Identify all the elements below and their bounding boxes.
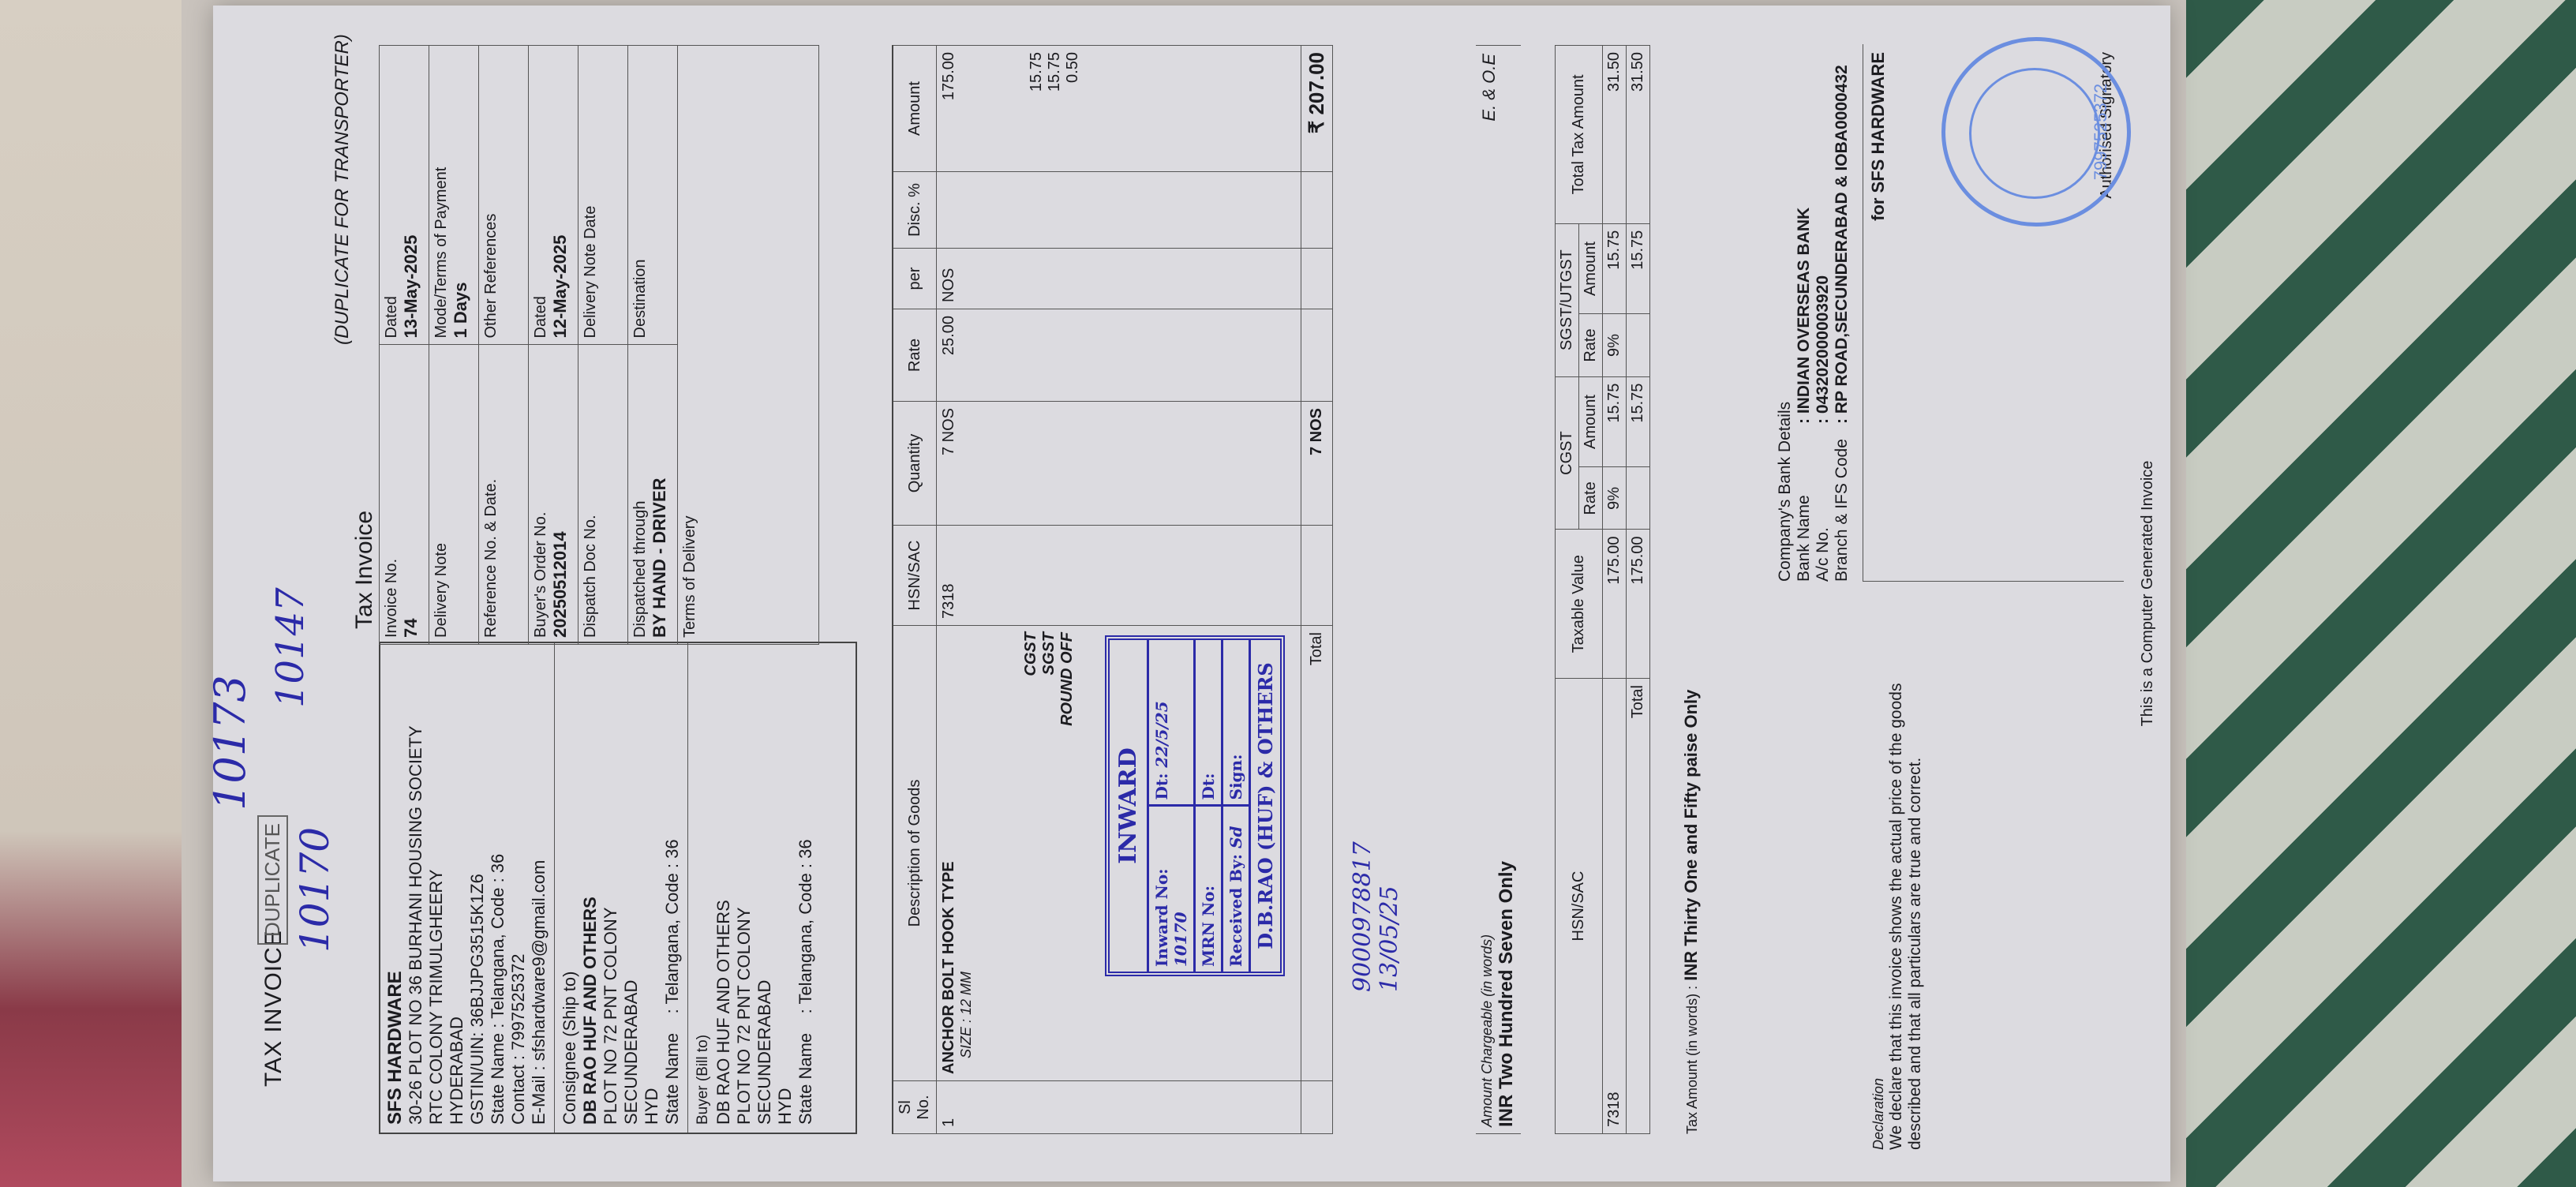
- background-right-fabric: [2186, 0, 2576, 1187]
- item-amount: 175.00: [940, 52, 958, 165]
- inward-no: 10170: [1171, 912, 1190, 967]
- eoe-note: E. & O.E: [1479, 54, 1500, 122]
- seller-state: State Name : Telangana, Code : 36: [488, 651, 508, 1125]
- tax-sub-sgst-rate: Rate: [1579, 314, 1603, 376]
- bank-account: : 043202000003920: [1814, 275, 1832, 424]
- buyer-address-1: PLOT NO 72 PNT COLONY: [734, 651, 754, 1125]
- inward-stamp: INWARD Inward No: 10170 Dt: 22/5/25 MRN …: [1105, 635, 1285, 976]
- buyer-state-label: State Name: [796, 1033, 815, 1125]
- tax-col-sgst: SGST/UTGST: [1556, 223, 1579, 376]
- tax-col-taxable: Taxable Value: [1556, 530, 1603, 679]
- invoice-meta-table: Invoice No.74 Dated13-May-2025 Delivery …: [379, 45, 819, 645]
- total-qty: 7 NOS: [1301, 402, 1333, 526]
- handwritten-number-3: 10170: [292, 827, 338, 953]
- consignee-state-value: : Telangana, Code : 36: [662, 839, 682, 1013]
- col-disc: Disc. %: [893, 172, 937, 249]
- meta-destination: Destination: [628, 46, 678, 346]
- footer-note: This is a Computer Generated Invoice: [2139, 6, 2157, 1181]
- tax-sub-sgst-amount: Amount: [1579, 223, 1603, 314]
- meta-buyer-order: Buyer's Order No.20250512014: [529, 345, 578, 645]
- seller-gstin: GSTIN/UIN: 36BJJPG3515K1Z6: [467, 651, 488, 1125]
- inward-date: 22/5/25: [1152, 701, 1171, 767]
- inward-stamp-title: INWARD: [1110, 640, 1147, 972]
- seller-contact: Contact : 7997525372: [508, 651, 529, 1125]
- tax-sub-cgst-rate: Rate: [1579, 467, 1603, 530]
- meta-order-dated: Dated12-May-2025: [529, 46, 578, 346]
- declaration-block: Declaration We declare that this invoice…: [1870, 613, 1925, 1150]
- for-company: for SFS HARDWARE: [1868, 52, 1889, 221]
- amount-words-label: Amount Chargeable (in words): [1479, 52, 1496, 1127]
- buyer-state-value: : Telangana, Code : 36: [796, 839, 815, 1013]
- col-rate: Rate: [893, 309, 937, 402]
- tax-sub-cgst-amount: Amount: [1579, 376, 1603, 467]
- seal-inner-ring: [1969, 68, 2100, 199]
- consignee-address-1: PLOT NO 72 PNT COLONY: [601, 651, 621, 1125]
- item-rate: 25.00: [937, 309, 1301, 402]
- consignee-label: Consignee (Ship to): [560, 651, 580, 1125]
- col-amount: Amount: [893, 46, 937, 172]
- roundoff-amount: 0.50: [1064, 52, 1082, 165]
- item-qty: 7 NOS: [937, 402, 1301, 526]
- meta-other-references: Other References: [479, 46, 529, 346]
- cgst-amount: 15.75: [1028, 52, 1046, 165]
- meta-delivery-note: Delivery Note: [429, 345, 479, 645]
- buyer-label: Buyer (Bill to): [693, 651, 713, 1125]
- items-total-row: Total 7 NOS ₹ 207.00: [1301, 46, 1333, 1134]
- document-title: TAX INVOICE: [260, 930, 287, 1087]
- meta-invoice-no: Invoice No.74: [380, 345, 429, 645]
- invoice-sheet: 10173 10170 10147 TAX INVOICE DUPLICATE …: [213, 6, 2170, 1181]
- seller-address-1: 30-26 PLOT NO 36 BURHANI HOUSING SOCIETY: [406, 651, 426, 1125]
- item-size: SIZE : 12 MM: [958, 632, 975, 1074]
- background-left: [0, 0, 182, 1187]
- meta-dispatch-doc: Dispatch Doc No.: [578, 345, 628, 645]
- seal-phone: 7997525372: [2091, 41, 2111, 223]
- items-header-row: Sl No. Description of Goods HSN/SAC Quan…: [893, 46, 937, 1134]
- tax-col-hsn: HSN/SAC: [1556, 679, 1603, 1134]
- item-per: NOS: [937, 249, 1301, 309]
- meta-terms-of-delivery: Terms of Delivery: [678, 46, 819, 645]
- buyer-address-3: HYD: [775, 651, 796, 1125]
- tax-col-cgst: CGST: [1556, 376, 1579, 530]
- total-label: Total: [1301, 626, 1333, 1081]
- item-description: ANCHOR BOLT HOOK TYPE: [940, 632, 958, 1074]
- col-sl: Sl No.: [893, 1081, 937, 1134]
- copy-badge: DUPLICATE: [257, 815, 288, 945]
- consignee-block: Consignee (Ship to) DB RAO HUF AND OTHER…: [554, 643, 687, 1133]
- tax-line-roundoff: ROUND OFF: [1058, 632, 1076, 1074]
- bank-heading: Company's Bank Details: [1776, 65, 1795, 582]
- table-row: 7318 175.00 9% 15.75 9% 15.75 31.50: [1603, 46, 1627, 1134]
- col-description: Description of Goods: [893, 626, 937, 1081]
- received-by: Sd: [1226, 826, 1245, 848]
- meta-reference: Reference No. & Date.: [479, 345, 529, 645]
- seller-address-2: RTC COLONY TRIMULGHEERY: [426, 651, 447, 1125]
- meta-dispatched-through: Dispatched throughBY HAND - DRIVER: [628, 345, 678, 645]
- consignee-address-3: HYD: [642, 651, 662, 1125]
- sgst-amount: 15.75: [1046, 52, 1064, 165]
- seller-name: SFS HARDWARE: [385, 651, 406, 1125]
- meta-payment-terms: Mode/Terms of Payment1 Days: [429, 46, 479, 346]
- amount-words-value: INR Two Hundred Seven Only: [1496, 52, 1518, 1127]
- tax-line-sgst: SGST: [1040, 632, 1058, 1074]
- declaration-text: We declare that this invoice shows the a…: [1887, 613, 1925, 1150]
- handwritten-number-2: 10147: [268, 587, 313, 708]
- item-hsn: 7318: [937, 526, 1301, 626]
- tax-summary-table: HSN/SAC Taxable Value CGST SGST/UTGST To…: [1555, 45, 1650, 1134]
- tax-line-cgst: CGST: [1022, 632, 1040, 1074]
- consignee-name: DB RAO HUF AND OTHERS: [580, 651, 601, 1125]
- meta-dated: Dated13-May-2025: [380, 46, 429, 346]
- seller-address-3: HYDERABAD: [447, 651, 467, 1125]
- seller-email: E-Mail : sfshardware9@gmail.com: [529, 651, 549, 1125]
- inward-stamp-footer: D.B.RAO (HUF) & OTHERS: [1249, 640, 1280, 972]
- bank-details: Company's Bank Details Bank Name: INDIAN…: [1776, 65, 1851, 582]
- col-per: per: [893, 249, 937, 309]
- tax-words-value: INR Thirty One and Fifty paise Only: [1681, 690, 1701, 981]
- grand-total: ₹ 207.00: [1301, 46, 1333, 172]
- buyer-block: Buyer (Bill to) DB RAO HUF AND OTHERS PL…: [687, 643, 856, 1133]
- meta-delivery-note-date: Delivery Note Date: [578, 46, 628, 346]
- buyer-name: DB RAO HUF AND OTHERS: [713, 651, 734, 1125]
- handwritten-note: 9000978817 13/05/25: [1350, 841, 1403, 992]
- copy-note: (DUPLICATE FOR TRANSPORTER): [331, 34, 354, 345]
- amount-words-block: Amount Chargeable (in words) INR Two Hun…: [1476, 45, 1521, 1134]
- handwritten-number-1: 10173: [205, 675, 255, 811]
- consignee-address-2: SECUNDERABAD: [621, 651, 642, 1125]
- tax-words: Tax Amount (in words) : INR Thirty One a…: [1681, 690, 1702, 1134]
- tax-words-label: Tax Amount (in words) :: [1684, 986, 1700, 1134]
- col-hsn: HSN/SAC: [893, 526, 937, 626]
- party-block: SFS HARDWARE 30-26 PLOT NO 36 BURHANI HO…: [379, 642, 857, 1134]
- tax-summary-total-row: Total 175.00 15.75 15.75 31.50: [1627, 46, 1650, 1134]
- bank-branch: : RP ROAD,SECUNDERABAD & IOBA0000432: [1833, 65, 1851, 424]
- bank-name: : INDIAN OVERSEAS BANK: [1795, 208, 1813, 424]
- item-disc: [937, 172, 1301, 249]
- tax-col-total: Total Tax Amount: [1556, 46, 1603, 224]
- company-seal-stamp: 7997525372: [1941, 37, 2131, 227]
- invoice-photo: 10173 10170 10147 TAX INVOICE DUPLICATE …: [197, 0, 2186, 1187]
- buyer-address-2: SECUNDERABAD: [754, 651, 775, 1125]
- invoice-heading: Tax Invoice: [351, 511, 378, 629]
- seller-block: SFS HARDWARE 30-26 PLOT NO 36 BURHANI HO…: [380, 643, 554, 1133]
- consignee-state-label: State Name: [662, 1033, 682, 1125]
- col-quantity: Quantity: [893, 402, 937, 526]
